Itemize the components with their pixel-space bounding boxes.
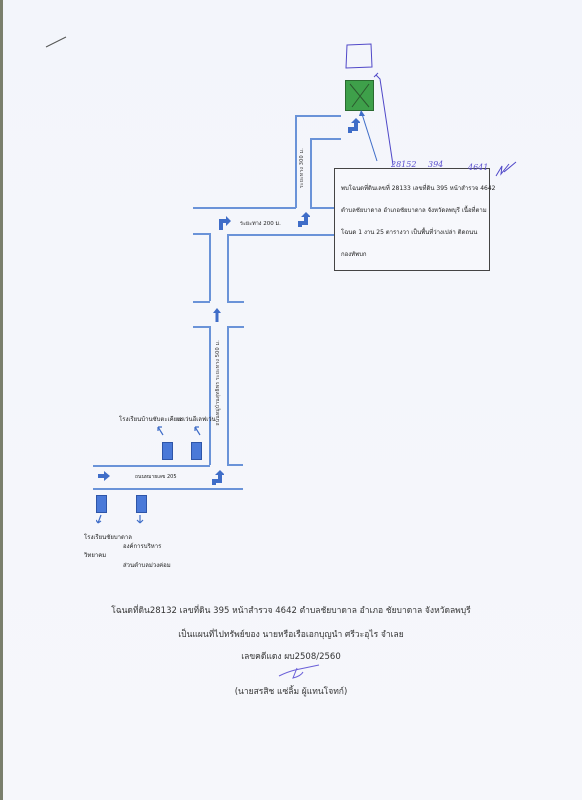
footer-deed-line: โฉนดที่ดิน28132 เลขที่ดิน 395 หน้าสำรวจ … (0, 603, 582, 617)
building-icon (191, 442, 202, 460)
handwritten-number: 28152 (391, 160, 416, 169)
handwritten-number: 4641 (468, 163, 488, 172)
footer-owner-line: เป็นแผนที่ไปทรัพย์ของ นายหรือเรือเอกบุญน… (0, 627, 582, 641)
landmark-label-school-1: โรงเรียนบ้านซับตะเคียน (119, 414, 181, 424)
building-icon (162, 442, 173, 460)
road-edge (227, 234, 334, 236)
up-arrow-icon (213, 308, 221, 322)
road-edge (310, 138, 341, 140)
road-edge (227, 234, 229, 301)
turn-up-arrow-icon (296, 212, 310, 228)
turn-right-arrow-icon (218, 215, 232, 231)
landmark-label-school-2-line2: วิทยาคม (84, 550, 106, 560)
pointer-arrow-icon (96, 514, 104, 524)
building-icon (96, 495, 107, 513)
pen-mark (40, 35, 80, 55)
signature (275, 662, 325, 682)
road-edge (193, 207, 296, 209)
pointer-arrow-icon (352, 106, 382, 176)
road-edge (227, 326, 244, 328)
road-edge (193, 326, 210, 328)
road-edge (227, 301, 244, 303)
landmark-label-7eleven: เซเว่นอีเลฟเว่น (177, 414, 216, 424)
road-edge (93, 465, 210, 467)
parcel-info-box: พบโฉนดที่ดินเลขที่ 28133 เลขที่ดิน 395 ห… (334, 168, 490, 271)
info-line-3: โฉนด 1 งาน 25 ตารางวา เป็นพื้นที่ว่างเปล… (341, 227, 477, 237)
turn-up-arrow-icon (210, 470, 224, 486)
handwritten-number: 394 (428, 160, 443, 169)
road-edge (93, 488, 243, 490)
landmark-label-sao: องค์การบริหาร (123, 541, 161, 551)
building-icon (136, 495, 147, 513)
road-edge (209, 326, 211, 465)
road-edge (209, 233, 211, 301)
initials-mark (494, 160, 518, 180)
road-edge (310, 138, 312, 208)
info-line-4: กองทัพบก (341, 249, 367, 259)
road-edge (227, 326, 229, 465)
road-label-middle: ระยะทาง 200 ม. (240, 220, 281, 228)
footer-case-number: เลขคดีแดง ผบ2508/2560 (0, 649, 582, 663)
road-edge (193, 301, 210, 303)
pointer-arrow-icon (136, 514, 144, 524)
road-edge (227, 464, 243, 466)
road-edge (295, 115, 297, 208)
footer-signatory: (นายสรสิช แซ่ลิ้ม ผู้แทนโจทก์) (0, 684, 582, 698)
info-line-2: ตำบลชัยบาดาล อำเภอชัยบาดาล จังหวัดลพบุรี… (341, 205, 487, 215)
landmark-label-sao-line2: ส่วนตำบลม่วงค่อม (123, 560, 171, 570)
road-label-upper: ระยะทาง 300 ม. (298, 148, 306, 188)
pointer-arrow-icon (194, 426, 202, 436)
road-label-lower: ถนนหมู่บ้านสุทธิพร ระยะทาง 500 ม. (214, 340, 222, 426)
road-edge (295, 115, 341, 117)
document-page: ระยะทาง 300 ม. ระยะทาง 200 ม. ถนนหมู่บ้า… (0, 0, 582, 800)
scan-edge (0, 0, 3, 800)
pointer-arrow-icon (157, 426, 165, 436)
info-line-1: พบโฉนดที่ดินเลขที่ 28133 เลขที่ดิน 395 ห… (341, 183, 496, 193)
road-label-bottom: ถนนหมายเลข 205 (135, 473, 177, 481)
right-arrow-icon (98, 471, 110, 481)
road-edge (310, 207, 334, 209)
road-edge (193, 233, 210, 235)
